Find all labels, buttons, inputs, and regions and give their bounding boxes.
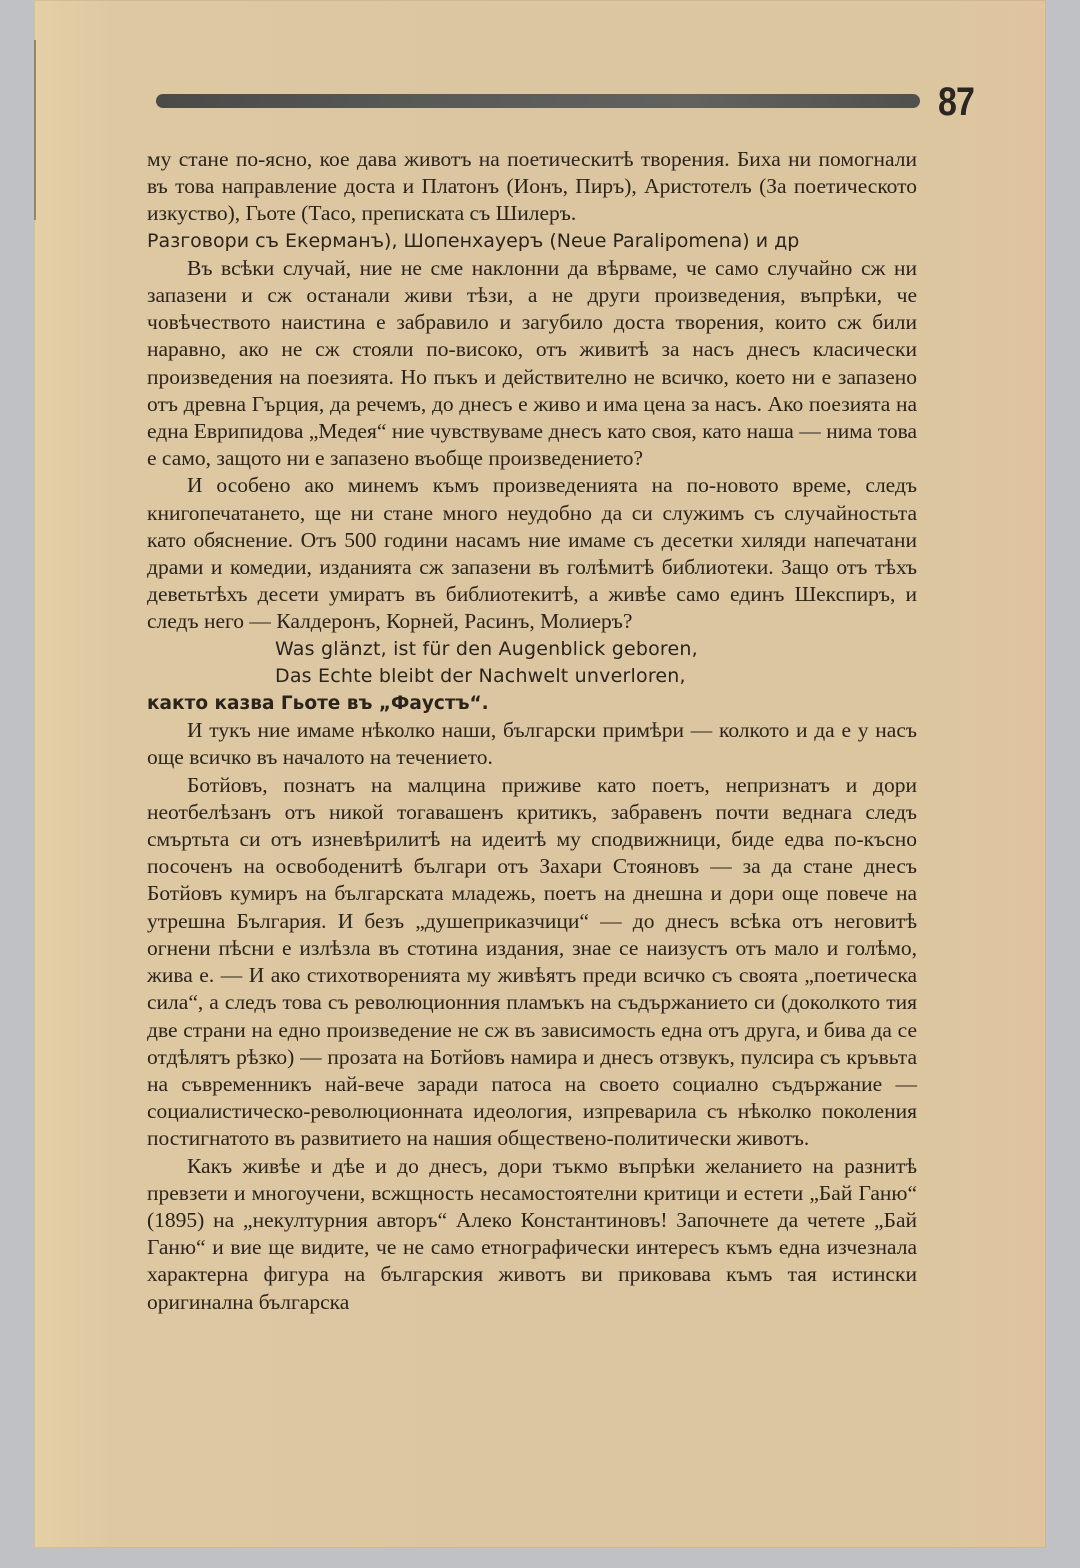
page-body: му стане по-ясно, кое дава животъ на пое… (147, 146, 917, 1316)
paragraph: Какъ живѣе и дѣе и до днесъ, дори тъкмо … (147, 1153, 917, 1316)
paragraph: И особено ако минемъ къмъ произведенията… (147, 472, 917, 635)
page-edge (34, 40, 36, 220)
goethe-quote: Was glänzt, ist für den Augenblick gebor… (147, 636, 917, 690)
paragraph: И тукъ ние имаме нѣколко наши, български… (147, 717, 917, 771)
quote-line: Was glänzt, ist für den Augenblick gebor… (275, 636, 917, 663)
paragraph: Въ всѣки случай, ние не сме наклонни да … (147, 255, 917, 473)
paragraph: Ботйовъ, познатъ на малцина приживе като… (147, 772, 917, 1153)
paragraph-continuation: Разговори съ Екерманъ), Шопенхауеръ (Neu… (147, 228, 917, 255)
paragraph: му стане по-ясно, кое дава животъ на пое… (147, 146, 917, 228)
quote-attribution: както казва Гьоте въ „Фаустъ“. (147, 690, 917, 717)
header-rule (156, 94, 920, 108)
page-number: 87 (938, 80, 974, 125)
quote-line: Das Echte bleibt der Nachwelt unverloren… (275, 663, 917, 690)
